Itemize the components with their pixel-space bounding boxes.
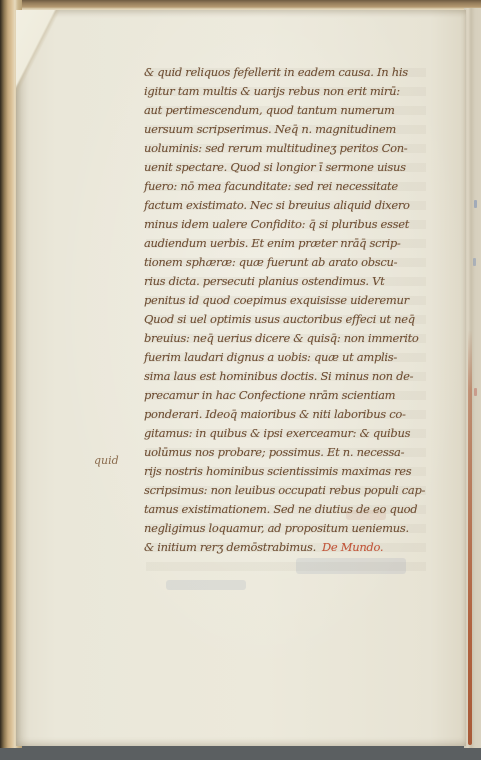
manuscript-page: quid & quid reliquos fefellerit in eadem… bbox=[16, 10, 466, 746]
manuscript-line: breuius: neq̄ uerius dicere & quisq̄: no… bbox=[144, 329, 412, 348]
manuscript-text-block: & quid reliquos fefellerit in eadem caus… bbox=[144, 63, 412, 557]
rubric-title: De Mundo. bbox=[322, 540, 383, 554]
last-line-text: & initium rerʒ demōstrabimus. bbox=[144, 540, 316, 554]
book-fore-edge bbox=[464, 8, 481, 748]
manuscript-line: minus idem ualere Confidito: q̄ si pluri… bbox=[144, 215, 412, 234]
manuscript-line: igitur tam multis & uarijs rebus non eri… bbox=[144, 82, 412, 101]
manuscript-line: uersuum scripserimus. Neq̄ n. magnitudin… bbox=[144, 120, 412, 139]
manuscript-line: penitus id quod coepimus exquisisse uide… bbox=[144, 291, 412, 310]
manuscript-line: & quid reliquos fefellerit in eadem caus… bbox=[144, 63, 412, 82]
manuscript-line: precamur in hac Confectione nrām scienti… bbox=[144, 386, 412, 405]
manuscript-line: tionem sphæræ: quæ fuerunt ab arato obsc… bbox=[144, 253, 412, 272]
manuscript-line: scripsimus: non leuibus occupati rebus p… bbox=[144, 481, 412, 500]
manuscript-line-last: & initium rerʒ demōstrabimus.De Mundo. bbox=[144, 538, 412, 557]
manuscript-line: factum existimato. Nec si breuius aliqui… bbox=[144, 196, 412, 215]
fore-edge-fleck bbox=[474, 200, 477, 208]
manuscript-line: Quod si uel optimis usus auctoribus effe… bbox=[144, 310, 412, 329]
manuscript-line: rius dicta. persecuti planius ostendimus… bbox=[144, 272, 412, 291]
page-corner-fold bbox=[16, 10, 74, 106]
manuscript-line: ponderari. Ideoq̄ maioribus & niti labor… bbox=[144, 405, 412, 424]
book-bottom-edge bbox=[0, 742, 481, 760]
manuscript-line: uenit spectare. Quod si longior ī sermon… bbox=[144, 158, 412, 177]
manuscript-line: uolūmus nos probare; possimus. Et n. nec… bbox=[144, 443, 412, 462]
manuscript-line: gitamus: in quibus & ipsi exerceamur: & … bbox=[144, 424, 412, 443]
margin-note: quid bbox=[94, 454, 119, 467]
fore-edge-fleck bbox=[473, 258, 476, 266]
manuscript-line: aut pertimescendum, quod tantum numerum bbox=[144, 101, 412, 120]
manuscript-line: sima laus est hominibus doctis. Si minus… bbox=[144, 367, 412, 386]
manuscript-line: tamus existimationem. Sed ne diutius de … bbox=[144, 500, 412, 519]
show-through-mark bbox=[166, 580, 246, 590]
photo-background: quid & quid reliquos fefellerit in eadem… bbox=[0, 0, 481, 760]
show-through-mark bbox=[296, 558, 406, 574]
fore-edge-fleck bbox=[474, 388, 477, 396]
manuscript-line: audiendum uerbis. Et enim præter nrāq̄ s… bbox=[144, 234, 412, 253]
manuscript-line: fuero: nō mea facunditate: sed rei neces… bbox=[144, 177, 412, 196]
manuscript-line: fuerim laudari dignus a uobis: quæ ut am… bbox=[144, 348, 412, 367]
fore-edge-red-stain bbox=[468, 330, 472, 745]
manuscript-line: rijs nostris hominibus scientissimis max… bbox=[144, 462, 412, 481]
text-lines: & quid reliquos fefellerit in eadem caus… bbox=[144, 63, 412, 538]
manuscript-line: negligimus loquamur, ad propositum uenie… bbox=[144, 519, 412, 538]
manuscript-line: uoluminis: sed rerum multitudineʒ perito… bbox=[144, 139, 412, 158]
